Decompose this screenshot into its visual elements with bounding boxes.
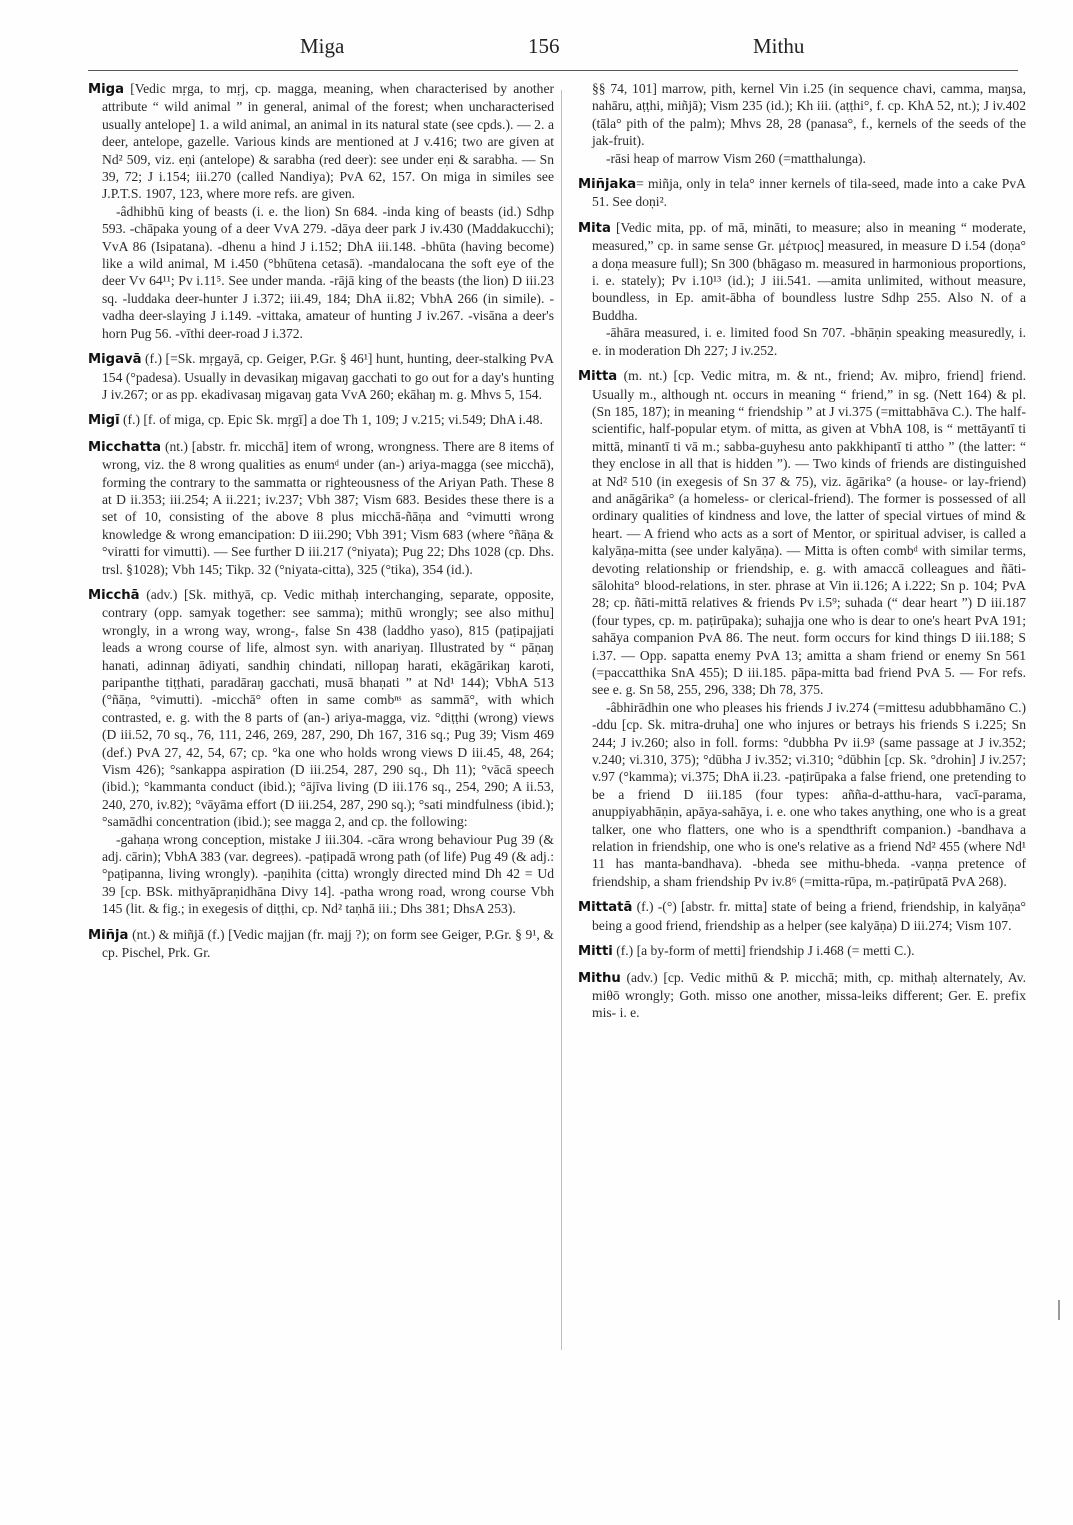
entry-micchatta: Micchatta (nt.) [abstr. fr. micchā] item… [88,438,554,578]
headword: Mita [578,221,611,236]
entry-body: (m. nt.) [cp. Vedic mitra, m. & nt., fri… [592,368,1026,697]
entry-body: (nt.) [abstr. fr. micchā] item of wrong,… [102,439,554,577]
entry-minjaka: Miñjaka= miñja, only in tela° inner kern… [578,175,1026,211]
headword: Miñjaka [578,177,636,192]
entry-body: (f.) [=Sk. mṛgayā, cp. Geiger, P.Gr. § 4… [102,351,554,402]
entry-migava: Migavā (f.) [=Sk. mṛgayā, cp. Geiger, P.… [88,350,554,403]
entry-miccha: Micchā (adv.) [Sk. mithyā, cp. Vedic mit… [88,586,554,831]
running-head-right: Mithu [753,34,804,59]
entry-mitta: Mitta (m. nt.) [cp. Vedic mitra, m. & nt… [578,367,1026,699]
entry-minja-continued: §§ 74, 101] marrow, pith, kernel Vin i.2… [578,80,1026,150]
compounds-minja: -rāsi heap of marrow Vism 260 (=matthalu… [578,150,1026,167]
entry-miga: Miga [Vedic mṛga, to mṛj, cp. magga, mea… [88,80,554,203]
entry-mittata: Mittatā (f.) -(°) [abstr. fr. mitta] sta… [578,898,1026,934]
entry-mithu: Mithu (adv.) [cp. Vedic mithū & P. micch… [578,969,1026,1022]
entry-minja: Miñja (nt.) & miñjā (f.) [Vedic majjan (… [88,926,554,962]
page-number: 156 [528,34,560,59]
left-column: Miga [Vedic mṛga, to mṛj, cp. magga, mea… [88,80,554,970]
entry-body: (nt.) & miñjā (f.) [Vedic majjan (fr. ma… [102,927,554,960]
header-rule [88,70,1018,71]
entry-body: (f.) -(°) [abstr. fr. mitta] state of be… [592,899,1026,932]
compounds-miccha: -gahaṇa wrong conception, mistake J iii.… [88,831,554,918]
entry-body: [Vedic mṛga, to mṛj, cp. magga, meaning,… [102,81,554,201]
entry-body: (adv.) [cp. Vedic mithū & P. micchā; mit… [592,970,1026,1021]
entry-body: = miñja, only in tela° inner kernels of … [592,176,1026,209]
page-edge-mark [1058,1300,1060,1320]
entry-body: (f.) [a by-form of metti] friendship J i… [616,943,914,958]
entry-body: [Vedic mita, pp. of mā, mināti, to measu… [592,220,1026,323]
headword: Mittatā [578,900,632,915]
right-column: §§ 74, 101] marrow, pith, kernel Vin i.2… [578,80,1026,1030]
entry-mitti: Mitti (f.) [a by-form of metti] friendsh… [578,942,1026,960]
headword: Mitta [578,369,617,384]
headword: Micchatta [88,440,161,455]
entry-body: (f.) [f. of miga, cp. Epic Sk. mṛgī] a d… [123,412,543,427]
page-header: Miga 156 Mithu [88,30,1018,64]
headword: Migavā [88,352,141,367]
headword: Micchā [88,588,140,603]
entry-migi: Migī (f.) [f. of miga, cp. Epic Sk. mṛgī… [88,411,554,429]
headword: Migī [88,413,120,428]
headword: Miga [88,82,124,97]
compounds-mitta: -âbhirādhin one who pleases his friends … [578,699,1026,890]
running-head-left: Miga [300,34,344,59]
headword: Mitti [578,944,613,959]
compounds-mita: -āhāra measured, i. e. limited food Sn 7… [578,324,1026,359]
column-divider [561,90,562,1350]
entry-body: (adv.) [Sk. mithyā, cp. Vedic mithaḥ int… [102,587,554,829]
headword: Miñja [88,928,128,943]
compounds-miga: -âdhibhū king of beasts (i. e. the lion)… [88,203,554,342]
headword: Mithu [578,971,621,986]
entry-mita: Mita [Vedic mita, pp. of mā, mināti, to … [578,219,1026,324]
